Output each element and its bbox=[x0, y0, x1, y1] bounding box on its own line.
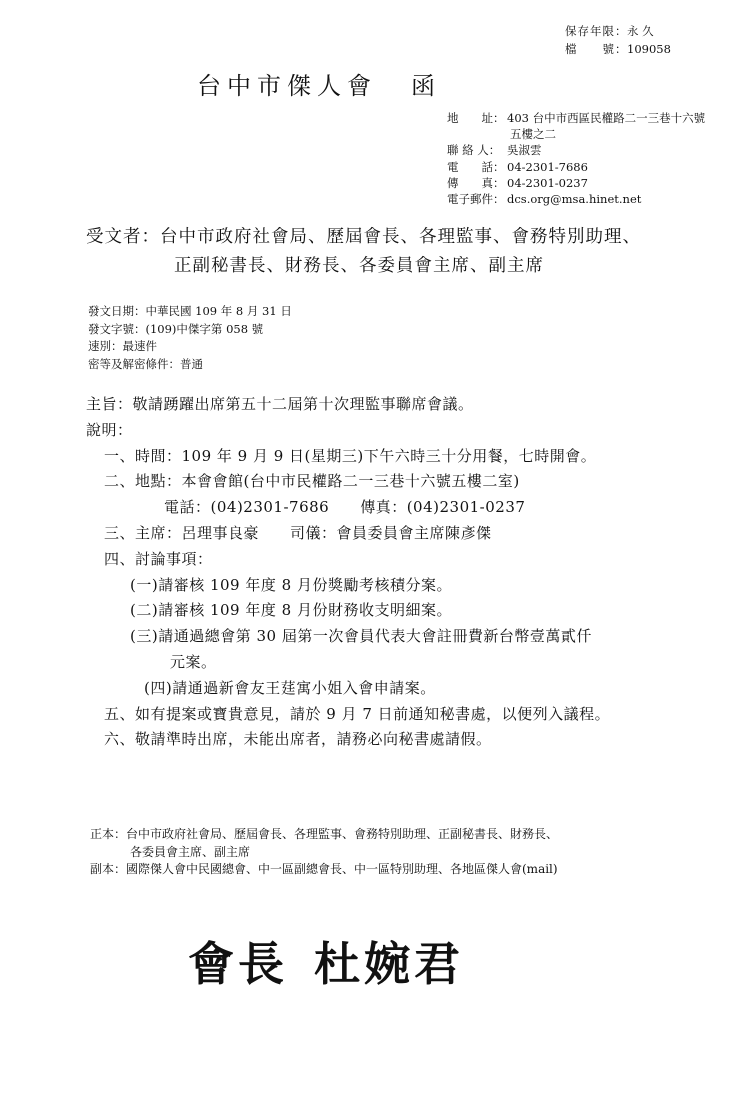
item-chair: 三、主席：呂理事良豪 司儀：會員委員會主席陳彥傑 bbox=[86, 521, 610, 547]
organization-name: 台中市傑人會 bbox=[197, 72, 377, 100]
recipients-line1: 受文者：台中市政府社會局、歷屆會長、各理監事、會務特別助理、 bbox=[86, 223, 641, 252]
recipients-block: 受文者：台中市政府社會局、歷屆會長、各理監事、會務特別助理、 正副秘書長、財務長… bbox=[86, 223, 641, 281]
document-number: 發文字號：(109)中傑字第 058 號 bbox=[88, 321, 292, 339]
retention-info: 保存年限：永 久 檔 號：109058 bbox=[565, 22, 671, 58]
item-location: 二、地點：本會會館(台中市民權路二一三巷十六號五樓二室) bbox=[86, 469, 610, 495]
discussion-item-1: (一)請審核 109 年度 8 月份獎勵考核積分案。 bbox=[86, 573, 610, 599]
explanation-label: 說明： bbox=[86, 418, 610, 444]
phone-value: 04-2301-7686 bbox=[507, 159, 588, 175]
discussion-item-3: (三)請通過總會第 30 屆第一次會員代表大會註冊費新台幣壹萬貳仟 bbox=[86, 624, 610, 650]
copies-block: 正本：台中市政府社會局、歷屆會長、各理監事、會務特別助理、正副秘書長、財務長、 … bbox=[90, 826, 558, 879]
phone-label: 電 話： bbox=[447, 159, 507, 175]
cc-recipients: 副本：國際傑人會中民國總會、中一區副總會長、中一區特別助理、各地區傑人會(mai… bbox=[90, 861, 558, 879]
original-recipients-cont: 各委員會主席、副主席 bbox=[90, 844, 558, 862]
address-label: 地 址： bbox=[447, 110, 507, 126]
contact-block: 地 址：403 台中市西區民權路二一三巷十六號 五樓之二 聯 絡 人：吳淑雲 電… bbox=[447, 110, 705, 207]
fax-label: 傳 真： bbox=[447, 175, 507, 191]
item-attendance: 六、敬請準時出席，未能出席者，請務必向秘書處請假。 bbox=[86, 727, 610, 753]
subject: 主旨：敬請踴躍出席第五十二屆第十次理監事聯席會議。 bbox=[86, 392, 610, 418]
document-meta: 發文日期：中華民國 109 年 8 月 31 日 發文字號：(109)中傑字第 … bbox=[88, 303, 292, 373]
discussion-item-3-cont: 元案。 bbox=[86, 650, 610, 676]
email-value[interactable]: dcs.org@msa.hinet.net bbox=[507, 191, 641, 207]
signature: 會長杜婉君 bbox=[188, 928, 464, 994]
item-location-phone: 電話：(04)2301-7686 傳真：(04)2301-0237 bbox=[86, 495, 610, 521]
signature-title: 會長 bbox=[188, 937, 288, 991]
document-title: 台中市傑人會函 bbox=[197, 66, 441, 101]
original-recipients: 正本：台中市政府社會局、歷屆會長、各理監事、會務特別助理、正副秘書長、財務長、 bbox=[90, 826, 558, 844]
contact-person-label: 聯 絡 人： bbox=[447, 142, 507, 158]
item-time: 一、時間：109 年 9 月 9 日(星期三)下午六時三十分用餐，七時開會。 bbox=[86, 444, 610, 470]
address-line1: 403 台中市西區民權路二一三巷十六號 bbox=[507, 110, 705, 126]
retention-period-label: 保存年限： bbox=[565, 22, 627, 40]
file-number-value: 109058 bbox=[627, 40, 671, 58]
retention-period-value: 永 久 bbox=[627, 22, 654, 40]
signature-name: 杜婉君 bbox=[314, 937, 464, 991]
fax-value: 04-2301-0237 bbox=[507, 175, 588, 191]
file-number-label: 檔 號： bbox=[565, 40, 627, 58]
classification: 密等及解密條件：普通 bbox=[88, 356, 292, 374]
document-body: 主旨：敬請踴躍出席第五十二屆第十次理監事聯席會議。 說明： 一、時間：109 年… bbox=[86, 392, 610, 753]
contact-person: 吳淑雲 bbox=[507, 142, 542, 158]
discussion-item-4: (四)請通過新會友王莛寓小姐入會申請案。 bbox=[86, 676, 610, 702]
address-line2: 五樓之二 bbox=[447, 126, 705, 142]
delivery-speed: 速別：最速件 bbox=[88, 338, 292, 356]
item-discussion: 四、討論事項： bbox=[86, 547, 610, 573]
document-type: 函 bbox=[411, 72, 441, 100]
item-proposals: 五、如有提案或寶貴意見，請於 9 月 7 日前通知秘書處，以便列入議程。 bbox=[86, 702, 610, 728]
discussion-item-2: (二)請審核 109 年度 8 月份財務收支明細案。 bbox=[86, 598, 610, 624]
email-label: 電子郵件： bbox=[447, 191, 507, 207]
issue-date: 發文日期：中華民國 109 年 8 月 31 日 bbox=[88, 303, 292, 321]
recipients-line2: 正副秘書長、財務長、各委員會主席、副主席 bbox=[86, 252, 641, 281]
